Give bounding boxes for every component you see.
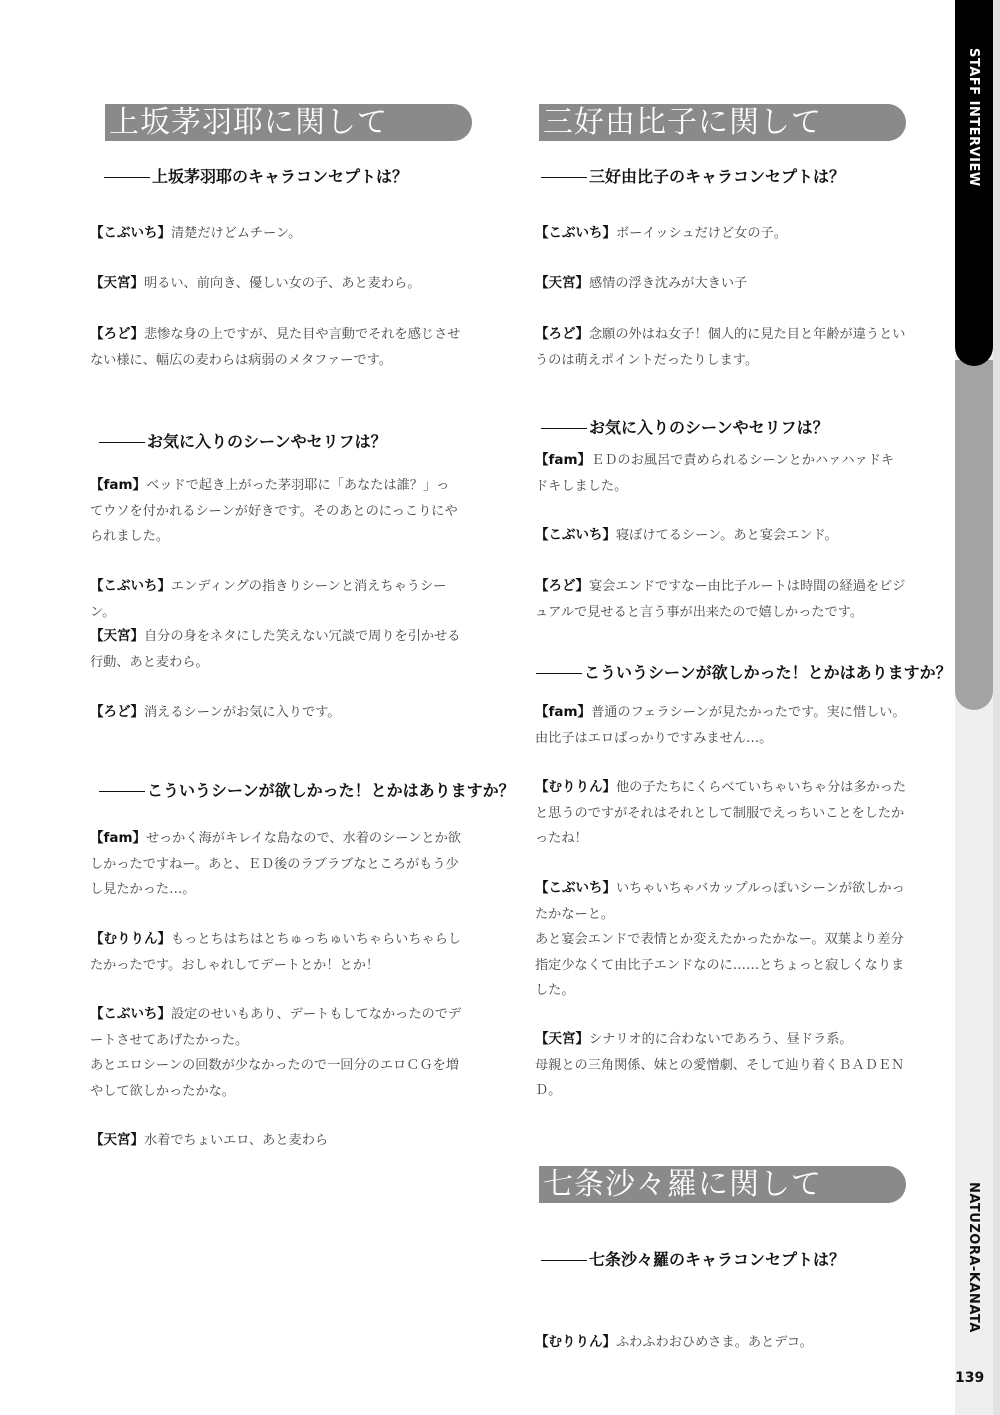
answer: 【こぶいち】設定のせいもあり、デートもしてなかったのでデートさせてあげたかった。… — [90, 1002, 462, 1104]
answer: 【こぶいち】清楚だけどムチーン。 — [90, 221, 462, 247]
index-tab-gray — [955, 360, 993, 710]
speaker-name: 【むりりん】 — [90, 931, 171, 947]
answer: 【むりりん】もっとちはちはとちゅっちゅいちゃらいちゃらしたかったです。おしゃれし… — [90, 927, 462, 978]
answer: 【こぶいち】エンディングの指きりシーンと消えちゃうシーン。 — [90, 574, 462, 625]
question-heading: 三好由比子のキャラコンセプトは？ — [541, 164, 845, 187]
speaker-name: 【むりりん】 — [535, 1334, 616, 1350]
chapter-title-yuiko: 三好由比子に関して — [539, 104, 906, 141]
chapter-title-sasara: 七条沙々羅に関して — [539, 1166, 906, 1203]
speaker-name: 【こぶいち】 — [90, 1006, 171, 1022]
chapter-title-chihaya: 上坂茅羽耶に関して — [105, 104, 472, 141]
speaker-name: 【fam】 — [90, 477, 146, 493]
answer: 【むりりん】他の子たちにくらべていちゃいちゃ分は多かったと思うのですがそれはそれ… — [535, 775, 907, 852]
speaker-name: 【天宮】 — [90, 1132, 144, 1148]
speaker-name: 【fam】 — [535, 452, 591, 468]
speaker-name: 【天宮】 — [535, 275, 589, 291]
answer: 【fam】せっかく海がキレイな島なので、水着のシーンとか欲しかったですねー。あと… — [90, 826, 462, 903]
side-strip-edge — [993, 0, 1000, 1415]
em-dash-rule — [541, 177, 587, 178]
question-heading: こういうシーンが欲しかった！とかはありますか？ — [536, 660, 952, 683]
speaker-name: 【ろど】 — [90, 704, 144, 720]
speaker-name: 【こぶいち】 — [535, 527, 616, 543]
answer: 【こぶいち】ボーイッシュだけど女の子。 — [535, 221, 907, 247]
answer: 【ろど】宴会エンドですなー由比子ルートは時間の経過をビジュアルで見せると言う事が… — [535, 574, 907, 625]
answer: 【天宮】自分の身をネタにした笑えない冗談で周りを引かせる行動、あと麦わら。 — [90, 624, 462, 675]
answer: 【fam】ベッドで起き上がった茅羽耶に「あなたは誰？」ってウソを付かれるシーンが… — [90, 473, 462, 550]
speaker-name: 【こぶいち】 — [90, 578, 171, 594]
answer: 【fam】普通のフェラシーンが見たかったです。実に惜しい。由比子はエロばっかりで… — [535, 700, 907, 751]
speaker-name: 【こぶいち】 — [535, 225, 616, 241]
answer: 【天宮】水着でちょいエロ、あと麦わら — [90, 1128, 462, 1154]
question-heading: 七条沙々羅のキャラコンセプトは？ — [541, 1247, 845, 1270]
question-heading: 上坂茅羽耶のキャラコンセプトは？ — [104, 164, 408, 187]
speaker-name: 【fam】 — [90, 830, 146, 846]
answer: 【ろど】悲惨な身の上ですが、見た目や言動でそれを感じさせない様に、幅広の麦わらは… — [90, 322, 462, 373]
em-dash-rule — [99, 791, 145, 792]
answer: 【天宮】シナリオ的に合わないであろう、昼ドラ系。 母親との三角関係、妹との愛憎劇… — [535, 1027, 907, 1104]
answer: 【fam】ＥＤのお風呂で責められるシーンとかハァハァドキドキしました。 — [535, 448, 907, 499]
question-heading: お気に入りのシーンやセリフは？ — [99, 429, 387, 452]
speaker-name: 【ろど】 — [90, 326, 144, 342]
speaker-name: 【天宮】 — [90, 628, 144, 644]
em-dash-rule — [541, 428, 587, 429]
speaker-name: 【ろど】 — [535, 326, 589, 342]
em-dash-rule — [99, 442, 145, 443]
speaker-name: 【fam】 — [535, 704, 591, 720]
speaker-name: 【こぶいち】 — [90, 225, 171, 241]
answer: 【ろど】消えるシーンがお気に入りです。 — [90, 700, 462, 726]
answer: 【こぶいち】寝ぼけてるシーン。あと宴会エンド。 — [535, 523, 907, 549]
em-dash-rule — [104, 177, 150, 178]
answer: 【天宮】明るい、前向き、優しい女の子、あと麦わら。 — [90, 271, 462, 297]
book-title: NATUZORA-KANATA — [966, 1182, 981, 1333]
speaker-name: 【ろど】 — [535, 578, 589, 594]
speaker-name: 【こぶいち】 — [535, 880, 616, 896]
answer: 【むりりん】ふわふわおひめさま。あとデコ。 — [535, 1330, 907, 1356]
section-label: STAFF INTERVIEW — [966, 48, 981, 187]
page-number: 139 — [955, 1370, 983, 1386]
answer: 【ろど】念願の外はね女子！個人的に見た目と年齢が違うというのは萌えポイントだった… — [535, 322, 907, 373]
em-dash-rule — [541, 1260, 587, 1261]
question-heading: こういうシーンが欲しかった！とかはありますか？ — [99, 778, 515, 801]
answer: 【天宮】感情の浮き沈みが大きい子 — [535, 271, 907, 297]
em-dash-rule — [536, 673, 582, 674]
question-heading: お気に入りのシーンやセリフは？ — [541, 415, 829, 438]
speaker-name: 【天宮】 — [535, 1031, 589, 1047]
speaker-name: 【天宮】 — [90, 275, 144, 291]
answer: 【こぶいち】いちゃいちゃバカップルっぽいシーンが欲しかったかなーと。 あと宴会エ… — [535, 876, 907, 1004]
speaker-name: 【むりりん】 — [535, 779, 616, 795]
